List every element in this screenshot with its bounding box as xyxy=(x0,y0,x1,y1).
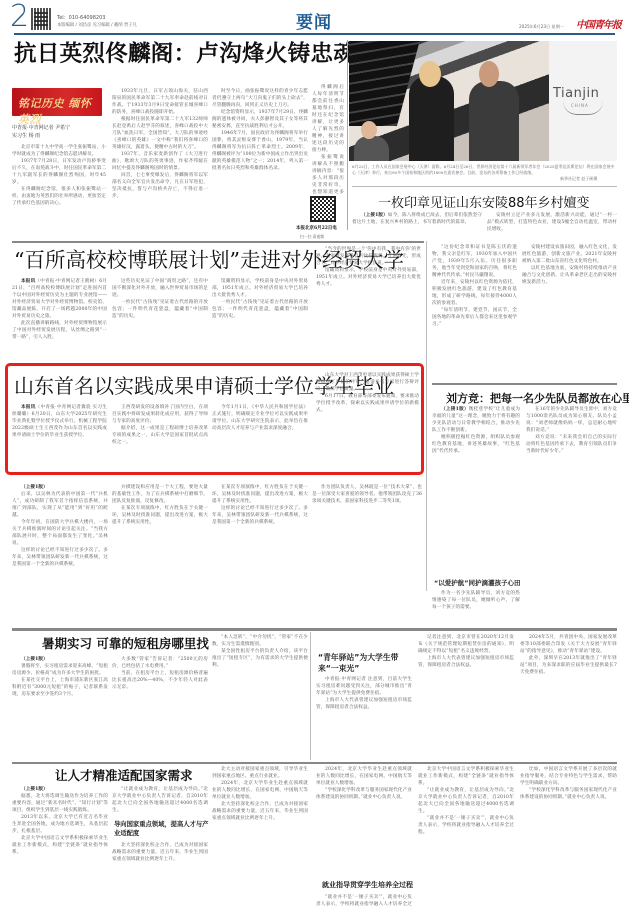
news-photo xyxy=(349,41,549,161)
paragraph: 北京大学中国语言文学系积极探索毕业生就业工作新模式，构建“全链条”就业指导体系。 xyxy=(12,835,108,856)
article9-col4: 2024年，北京大学毕业生赴重点领域就业的人数同比增长，在国家电网、中国航天等单… xyxy=(316,766,412,856)
paragraph: 这样的讨论已经不知进行过多少次了。多年来，吴林带领团队研发新一代兵棋系统，这是我… xyxy=(12,547,108,568)
paragraph: 佟麟阁后人每年清明节都会前往香山墓地祭扫，有时还在纪念馆讲解，让更多人了解先烈的… xyxy=(312,84,344,154)
article7-col2: 大多数“管家”告诉记者：“2500元的房价，已经包括了水电费用。” 当前，在租房… xyxy=(112,656,208,706)
paragraph: 王西茂研发的设备填补了国内空白，在项目实践中将研发成果转化成应用，获得了导师与专… xyxy=(112,404,208,425)
article9-subhead1: 导向国家重点领域，提高人才与产业适配度 xyxy=(114,820,209,838)
article5-col4: 作为团队负责人，吴林既是一位“技术大拿”，也是一位深受大家喜爱的领导者。他带领团… xyxy=(312,484,422,594)
paragraph: 某全国性租房平台的负责人介绍，该平台推出了“短租专区”，为有需求的大学生提供便利… xyxy=(212,648,308,669)
article9-col2b: 北大坚持深化校企合作，已成为对接国家战略需求的重要力量，近五年来，毕业生到国家重… xyxy=(112,842,208,904)
paragraph: “学校深化学科改革与服务国家现代化产业体系建设的协同机制。”就业中心负责人说。 xyxy=(316,787,412,801)
paragraph: 今年年初，在国防大学兵棋大楼内，一场关于兵棋推演时间的讨论引起关注。“当我方部队… xyxy=(12,519,108,547)
article9-lead: （上接1版） xyxy=(21,787,48,792)
paragraph: 回首，七七事变爆发后，佟麟阁将军以军部名义向全军官兵发出命令，凡在日军进犯，坚决… xyxy=(112,172,208,200)
paragraph: 北京市第十九中学高一学生张振鹭站，小学时就成为了佟麟阁纪念馆志愿讲解员。 xyxy=(12,144,106,158)
section-divider xyxy=(12,628,617,631)
masthead-tel: Tel：010-64098203 xyxy=(57,14,105,21)
article7-col1: （上接1版） 暑假将至，实习租房需求迎来高峰。“短租房房源少、价格高”成为许多大… xyxy=(12,656,108,706)
paragraph: 当前，在租房平台上，短租房源价格普遍比长租高出20%—40%，不少年轻人对此表示… xyxy=(112,670,208,691)
paragraph: 馆藏资料显示，学校前身是中央对外贸易部，1951年成立。对外经济贸易大学已培养出… xyxy=(212,278,308,299)
paragraph: 兵棋建设和应用是一个大工程，要进大量的基础性工作，为了在兵棋系统中打磨细节，团队… xyxy=(112,484,208,505)
article1-col4: 佟麟阁后人每年清明节都会前往香山墓地祭扫，有时还在纪念馆讲解，让更多人了解先烈的… xyxy=(312,84,344,194)
article6-headline[interactable]: 刘方竞：把每一名少先队员都放在心里 xyxy=(446,390,629,406)
paragraph: 北大坚持深化校企合作，已成为对接国家战略需求的重要力量，近五年来，毕业生到国家重… xyxy=(212,801,308,822)
paragraph: 在某社交平台上，上海市浦东新区张江高科附近有“3000元短租”的帖子，记者联系发… xyxy=(12,677,108,698)
article5-col2: 兵棋建设和应用是一个大工程，要进大量的基础性工作，为了在兵棋系统中打磨细节，团队… xyxy=(112,484,208,594)
article6-lead: （上接1版） xyxy=(441,407,469,412)
paragraph: “让就业成为教育，让基层成为导向。”北京大学就业中心负责人告诉记者，自2010年… xyxy=(112,786,208,814)
column-banner: 铭记历史 缅怀英烈 xyxy=(12,88,102,116)
article4-col3: 今年1月1日，《中华人民共和国学位法》正式施行，明确规定专业学位可以实践成果申请… xyxy=(212,404,308,470)
video-qr-code-icon[interactable] xyxy=(310,196,336,222)
paragraph: 一枚民代“古钱残”见证着古代丝路的开放包容；一件明代青花瓷盘，蕴藏着“中国制造”… xyxy=(212,299,308,320)
paragraph: 在佟麟阁纪念馆，很多人和张振鹭站一样，由衷地为英烈们的壮举所感动，更加坚定了传承… xyxy=(12,186,106,207)
vertical-divider xyxy=(347,40,348,230)
qr-caption: 扫一扫 看视频 xyxy=(300,234,324,240)
article4-col4: 山东大学对王西茂申请以实践成果获得硕士学位组织了严格的评审，邀请多名专家进行答辩… xyxy=(316,372,419,470)
article6-subhead: “以爱护航”同护滴灌孩子心田 xyxy=(434,578,521,587)
divider xyxy=(12,241,424,243)
paragraph: 北大主动对接国家重点领域，引导毕业生到国家重点地区、重点行业就业。 xyxy=(212,766,308,780)
article7-lead: （上接1版） xyxy=(21,657,48,662)
paragraph: “让就业成为教育，让基层成为导向。”北京大学就业中心负责人告诉记者，自2010年… xyxy=(418,787,514,815)
vertical-divider xyxy=(310,632,311,760)
paragraph: 纪念馆资料显示，1937年7月29日，佟麟阁的遗体被寻回，夫人彭静智及其子女等将… xyxy=(212,109,308,130)
article5-lead: （上接1版） xyxy=(21,485,48,490)
article3-lead: 本报讯 xyxy=(21,279,35,284)
article7-headline[interactable]: 暑期实习 可靠的短租房哪里找 xyxy=(42,634,209,652)
paragraph: 安陵村立足产业多元发展，激活新兴动能，通过“一村一品”模式转型，打造特色农业，建… xyxy=(487,212,617,233)
article9-col6: 比如，中国语言文学系开展了多层次的就业指导服务，结合专业特色与学生需求，帮助学生… xyxy=(520,766,617,908)
paragraph: “就业并不是‘一锤子买卖’”，就业中心负责人表示，学校将就业指导融入人才培养全过… xyxy=(418,815,514,836)
paragraph: 以红色基地为底，安陵村将持续推动产业融合与文化创新，让从革命老区走出的安陵村焕发… xyxy=(522,265,617,286)
paragraph: 大多数“管家”告诉记者：“2500元的房价，已经包括了水电费用。” xyxy=(112,656,208,670)
article3-byline: （中青报·中青网记者王鹤树） xyxy=(35,279,99,284)
article9-subhead2: 就业指导贯穿学生培养全过程 xyxy=(322,880,413,890)
masthead-editors: 本版编辑 / 刘昌彦 见习编辑 / 戴纳 贾子凡 xyxy=(57,22,137,28)
article7-col3: “本人急转”，“中介勿扰”，“管家”不在少数，实习生需谨慎甄别。 某全国性租房平… xyxy=(212,634,308,706)
section-title: 要闻 xyxy=(296,8,332,33)
article4-col1: 本报讯（中青报·中青网记者冀骁 实习生侯璐璐）6月20日，山东大学2025年研究… xyxy=(12,404,107,470)
paragraph: 馆藏资料显示，学校前身是中央对外贸易部，1951年成立。对外经济贸易大学已培养出… xyxy=(316,267,421,288)
paragraph: 6月21日，“百所高校校博联展计划”走进国内首个以中国对外经贸历史为主题的专业展… xyxy=(12,279,107,319)
sign-text: Tianjin xyxy=(553,86,599,101)
paragraph: 北京大学中国语言文学系积极探索毕业生就业工作新模式，构建“全链条”就业指导体系。 xyxy=(418,766,514,787)
paragraph: 这样的讨论已经不知进行过多少次了。多年来，吴林带领团队研发新一代兵棋系统，这是我… xyxy=(212,505,308,526)
article6-col1: （上接1版）衡桂慈学校“让儿童成为幸福的儿童”这一理念，她致力于将有趣的少先队活… xyxy=(432,406,520,542)
paragraph: “每年清明节、建党节、国庆节，全国各地的革命先辈后人都会来这里参观学习。” xyxy=(432,307,517,328)
article4-col2: 王西茂研发的设备填补了国内空白，在项目实践中将研发成果转化成应用，获得了导师与专… xyxy=(112,404,208,470)
paragraph: 时至今日，曲张振鹭说这样的青少年志愿者仍遵守上两句“大刀向鬼子们的头上砍去”，尽… xyxy=(212,88,308,109)
paragraph: 上海市人大代表曾建议加强短租房市场监管，保障租房者合法权益。 xyxy=(418,655,514,669)
paragraph: 上海市人大代表曾建议加强短租房市场监管，保障租房者合法权益。 xyxy=(316,697,412,711)
paragraph: 北大坚持深化校企合作，已成为对接国家战略需求的重要力量，近五年来，毕业生到国家重… xyxy=(112,842,208,863)
article8-headline[interactable]: “青年驿站”为大学生带来“一束光” xyxy=(318,652,413,674)
paragraph: 山东大学对王西茂申请以实践成果获得硕士学位组织了严格的评审，邀请多名专家进行答辩… xyxy=(316,372,419,393)
paragraph: 作为一名少先队辅导员，刘方竞的热情感染了每一位队员，她倾听心声，了解每一个孩子的… xyxy=(432,590,520,610)
article9-headline[interactable]: 让人才精准适配国家需求 xyxy=(55,766,193,784)
article9-col3: 北大主动对接国家重点领域，引导毕业生到国家重点地区、重点行业就业。 2024年，… xyxy=(212,766,308,904)
article1-dateline: 本报北京6月22日电 xyxy=(296,225,337,231)
paragraph: 比如，中国语言文学系开展了多层次的就业指导服务，结合专业特色与学生需求，帮助学生… xyxy=(520,766,617,787)
issue-date: 2025年6月23日 星期一 xyxy=(519,24,564,30)
article3-col1: 本报讯（中青报·中青网记者王鹤树）6月21日，“百所高校校博联展计划”走进国内首… xyxy=(12,278,107,354)
paragraph: 安陵村建设农旅田园，融入红色文化，发展红色旅游，创新文旅产业。2021年安陵村被… xyxy=(522,244,617,265)
article2-col4: 安陵村建设农旅田园，融入红色文化，发展红色旅游，创新文旅产业。2021年安陵村被… xyxy=(522,244,617,364)
paragraph: 暑假将至，实习租房需求迎来高峰。“短租房房源少、价格高”成为许多大学生的困扰。 xyxy=(12,663,108,677)
paragraph: 在某次专项演练中，红方胜负在于关键一环，吴林及时找准问题，提出改进方案，极大提升… xyxy=(212,484,308,505)
paragraph: “就业并不是‘一锤子买卖’”，就业中心负责人表示，学校将就业指导融入人才培养全过… xyxy=(316,894,412,908)
paragraph: 在16年的少先队辅导员生涯中，刘方竞与1000余名队员成为知心朋友。队员小孟说：… xyxy=(526,406,617,434)
paragraph: 一枚民代“古钱残”见证着古代丝路的开放包容；一件明代青花瓷盘，蕴藏着“中国制造”… xyxy=(112,299,208,320)
paragraph: 这些历史见证了中国“商贸之路”，还有中国不断深化对外开放，融入世界贸易市场的足迹… xyxy=(112,278,208,299)
paragraph: 近年来，安陵村以红色资源为依托，积极发展红色旅游，建设了红色教育基地，形成了研学… xyxy=(432,279,517,307)
paragraph: 后来，以吴林为代表的中国第一代“兵机人”，成功研制了我军首个指挥信息系统，并推广… xyxy=(12,491,108,519)
article2-col3: “这份纪念章和证书是陈玉伏的遗物，我父亲是红军，1930年加入中国共产党，193… xyxy=(432,244,517,364)
paragraph: 张振鹭说讲解从不照搬讲稿内容：“很多人对那段历史非常好奇，也想知道更多细节。我想… xyxy=(312,154,344,194)
newspaper-logo: 中国青年报 xyxy=(576,16,621,31)
paragraph: 中青报·中青网记者 注意到，目前大学生实习租房难问题受到关注，部分城市推出“青年… xyxy=(316,676,412,697)
article5-col1: （上接1版） 后来，以吴林为代表的中国第一代“兵机人”，成功研制了我军首个指挥信… xyxy=(12,484,108,594)
paragraph: 据介绍，这一成果是工程硕博士培养改革专项的成果之一，山东大学是国家首批试点高校之… xyxy=(112,425,208,446)
paragraph: 在某次专项演练中，红方胜负在于关键一环，吴林及时找准问题，提出改进方案，极大提升… xyxy=(112,505,208,526)
article6-col2: 在16年的少先队辅导员生涯中，刘方竞与1000余名队员成为知心朋友。队员小孟说：… xyxy=(526,406,617,566)
article3-col3: 馆藏资料显示，学校前身是中央对外贸易部，1951年成立。对外经济贸易大学已培养出… xyxy=(212,278,308,354)
article2-col1: （上接1版）如今，陈八将组成已故去，但后辈们依然坚守着这片土地，在复兴乡村的路上… xyxy=(352,212,482,242)
page-number: 2 xyxy=(10,2,29,32)
article1-col1: 北京市第十九中学高一学生张振鹭站，小学时就成为了佟麟阁纪念馆志愿讲解员。 193… xyxy=(12,144,106,228)
paragraph: 据悉，北大将选调生输送作为培养工作的重要内容，通过“新未名时代”、“知行计划”等… xyxy=(12,793,108,814)
paragraph: 她积极挖掘红色资源，组织队员参观红色教育基地，讲述英雄故事，“红色基因”代代传承… xyxy=(432,434,520,455)
article9-col2a: “让就业成为教育，让基层成为导向。”北京大学就业中心负责人告诉记者，自2010年… xyxy=(112,786,208,818)
paragraph: 2024年5月，共青团中央、国家发展改革委等10部委联合印发《关于大力发展“青年… xyxy=(520,634,617,655)
article1-col3: 时至今日，曲张振鹭说这样的青少年志愿者仍遵守上两句“大刀向鬼子们的头上砍去”，尽… xyxy=(212,88,308,228)
article1-col2: 1933年元旦，日军占领山海关，驻山西阳泉的国民革命军第二十九军奉命赴前线对日作… xyxy=(112,88,208,228)
tianjin-sign: Tianjin CHINA xyxy=(549,41,617,161)
article9-col5: 北京大学中国语言文学系积极探索毕业生就业工作新模式，构建“全链条”就业指导体系。… xyxy=(418,766,514,908)
paragraph: “当今的世界是一个‘你中有我、我中有你’的世界，大家要发挥各自的比较优势，互通有… xyxy=(316,246,421,267)
article8-col3: 2024年5月，共青团中央、国家发展改革委等10部委联合印发《关于大力发展“青年… xyxy=(520,634,617,758)
paragraph: 今年1月1日，《中华人民共和国学位法》正式施行，明确规定专业学位可以实践成果申请… xyxy=(212,404,308,432)
sign-subtext: CHINA xyxy=(571,103,589,108)
photo-credit: 新华社记者 赵子硕摄 xyxy=(560,176,597,182)
article2-lead: （上接1版） xyxy=(361,213,388,218)
paragraph: 此外，深圳早在2013年就推出了“青年驿站”项目，为来深求职的应届毕业生提供最长… xyxy=(520,655,617,676)
paragraph: 刘方竞说：“未来我会用自己的实际行动将红色基因传承下去，教育引领队员们争当新时代… xyxy=(526,434,617,455)
paragraph: 1933年元旦，日军占领山海关，驻山西阳泉的国民革命军第二十九军奉命赴前线对日作… xyxy=(112,88,208,116)
article8-col2: 记者注意到，北京市曾在2020年12月发布《关于规范管理短期租赁住房的通知》，明… xyxy=(418,634,514,758)
masthead-qr-code-icon xyxy=(31,8,51,30)
article2-headline[interactable]: 一枚印章见证山东安陵88年乡村嬗变 xyxy=(378,192,590,211)
paragraph: 1937年，音乐家麦新创作了《大刀进行曲》，歌颂大刀队的英勇事迹，作家齐邦媛在回… xyxy=(112,151,208,172)
paragraph: 2024年，北京大学毕业生赴重点领域就业的人数同比增长，在国家电网、中国航天等单… xyxy=(316,766,412,787)
divider xyxy=(12,762,617,764)
article9-col4b: “就业并不是‘一锤子买卖’”，就业中心负责人表示，学校将就业指导融入人才培养全过… xyxy=(316,894,412,908)
article9-col1: （上接1版） 据悉，北大将选调生输送作为培养工作的重要内容，通过“新未名时代”、… xyxy=(12,786,108,904)
article6-col3: 作为一名少先队辅导员，刘方竞的热情感染了每一位队员，她倾听心声，了解每一个孩子的… xyxy=(432,590,520,610)
paragraph: 1946年7月，国民政府为佟麟阁将军举行国葬，将其灵柩安葬于香山，1979年，当… xyxy=(212,130,308,172)
article2-col2: 安陵村立足产业多元发展，激活新兴动能，通过“一村一品”模式转型，打造特色农业，建… xyxy=(487,212,617,242)
article1-byline-1: 中青报·中青网记者 尹希宁 xyxy=(12,124,70,131)
paragraph: 作为团队负责人，吴林既是一位“技术大拿”，也是一位深受大家喜爱的领导者。他带领团… xyxy=(312,484,422,505)
paragraph: “本人急转”，“中介勿扰”，“管家”不在少数，实习生需谨慎甄别。 xyxy=(212,634,308,648)
paragraph: 根据时任国民革命军第二十九军132师师长赵登禹后人赵学芬的叙述，喜峰口战役中大刀… xyxy=(112,116,208,151)
article8-col1: 中青报·中青网记者 注意到，目前大学生实习租房难问题受到关注，部分城市推出“青年… xyxy=(316,676,412,758)
article3-col4: “当今的世界是一个‘你中有我、我中有你’的世界，大家要发挥各自的比较优势，互通有… xyxy=(316,246,421,354)
article5-col3: 在某次专项演练中，红方胜负在于关键一环，吴林及时找准问题，提出改进方案，极大提升… xyxy=(212,484,308,594)
article3-col2: 这些历史见证了中国“商贸之路”，还有中国不断深化对外开放，融入世界贸易市场的足迹… xyxy=(112,278,208,354)
divider xyxy=(432,383,617,385)
paragraph: “这份纪念章和证书是陈玉伏的遗物，我父亲是红军，1930年加入中国共产党，193… xyxy=(432,244,517,279)
paragraph: “学校深化学科改革与服务国家现代化产业体系建设的协同机制。”就业中心负责人说。 xyxy=(520,787,617,801)
vertical-divider xyxy=(426,241,427,591)
paragraph: 2024年，北京大学毕业生赴重点领域就业的人数同比增长，在国家电网、中国航天等单… xyxy=(212,780,308,801)
paragraph: 6月17日，教育部等部委发布通知，要求推动学位授予改革，探索以实践成果申请学位的… xyxy=(316,393,419,414)
divider xyxy=(352,186,617,187)
article4-lead: 本报讯 xyxy=(21,405,36,410)
paragraph: 1937年7月28日，日军发动卢沟桥事变后不久，在南苑战斗中，时任国民革命军第二… xyxy=(12,158,106,186)
paragraph: 记者注意到，北京市曾在2020年12月发布《关于规范管理短期租赁住房的通知》，明… xyxy=(418,634,514,655)
header-divider xyxy=(14,33,615,35)
paragraph: 2013年以来，北京大学已有近万名毕业生奔赴全国各地，成为地方选调生，从基层起步… xyxy=(12,814,108,835)
article1-headline[interactable]: 抗日英烈佟麟阁：卢沟烽火铸忠魂 xyxy=(14,40,356,68)
article1-byline-2: 实习生 杨 雨 xyxy=(12,132,40,139)
paragraph: 此次直播讲解路线，对外经贸博物馆展示了中国对外经贸发展历程，从丝绸之路到“一带一… xyxy=(12,320,107,341)
banner-text: 铭记历史 缅怀英烈 xyxy=(18,95,102,127)
